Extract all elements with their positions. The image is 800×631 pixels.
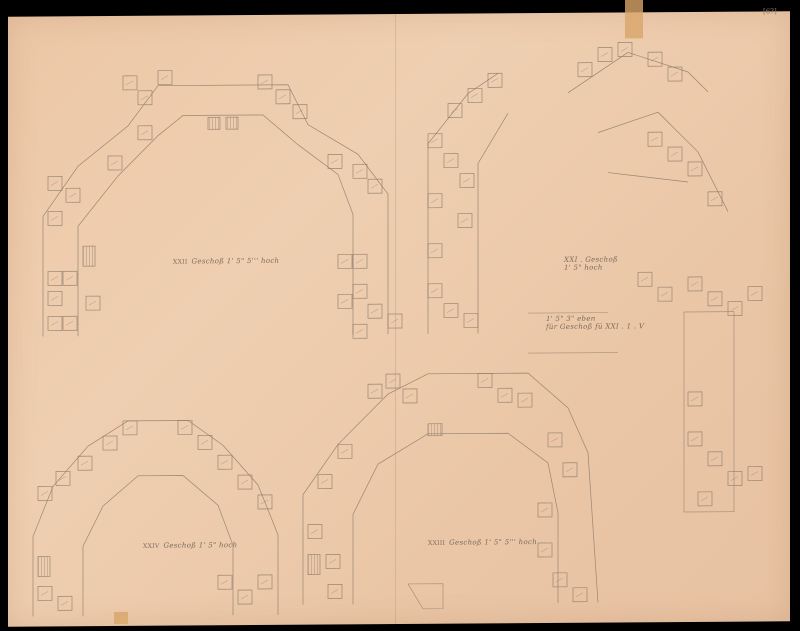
plan-xxii-label: XXIIGeschoß 1' 5" 5''' hoch <box>173 257 279 266</box>
plan-caption: Geschoß 1' 5" hoch <box>163 541 237 550</box>
plan-xxiii-label: XXIIIGeschoß 1' 5" 5''' hoch <box>428 538 537 547</box>
plan-caption: Geschoß 1' 5" 5''' hoch <box>449 538 537 547</box>
legend-note-line2: für Geschoß fü XXI . 1 . V <box>546 322 644 331</box>
plan-numeral: XXIII <box>428 540 445 547</box>
plan-caption: Geschoß 1' 5" 5''' hoch <box>191 257 279 266</box>
plan-numeral: XXII <box>173 258 187 265</box>
plan-xxiv <box>33 420 278 617</box>
plan-xxi <box>338 41 762 514</box>
plan-caption-line1: XXI . Geschoß <box>564 255 618 263</box>
floor-plan-drawings <box>8 11 790 626</box>
legend-note: 1' 5" 3" eben für Geschoß fü XXI . 1 . V <box>546 314 644 331</box>
plan-xxii <box>43 69 388 340</box>
plan-caption-line2: 1' 5" hoch <box>564 264 603 272</box>
plan-numeral: XXIV <box>143 543 159 550</box>
plan-xxi-label: XXI . Geschoß 1' 5" hoch <box>564 255 618 271</box>
plan-xxiv-label: XXIVGeschoß 1' 5" hoch <box>143 541 237 550</box>
paper-sheet: [6?] <box>8 11 790 626</box>
plan-xxiii <box>303 373 598 610</box>
